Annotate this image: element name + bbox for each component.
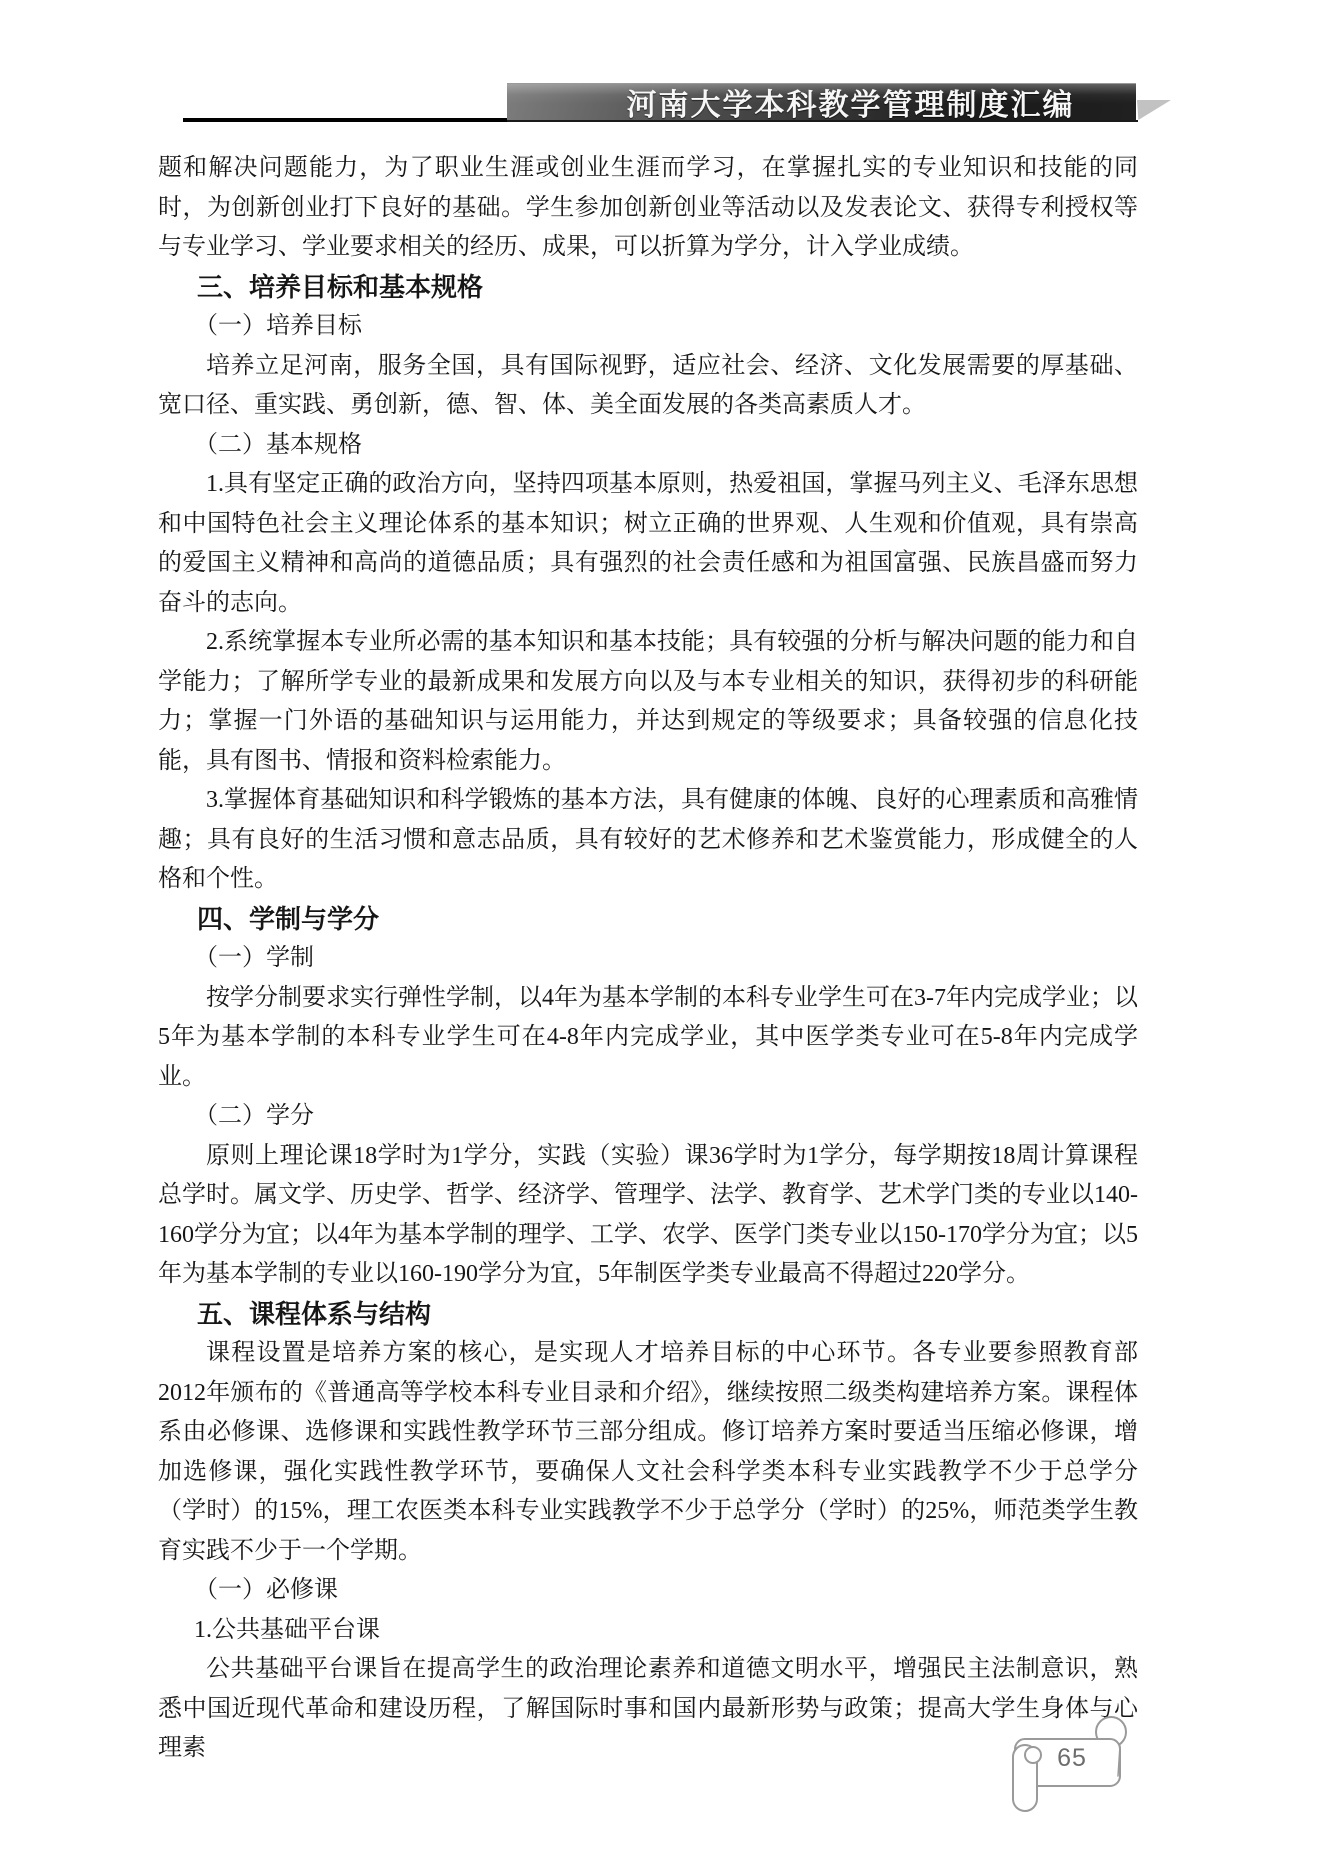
paragraph: 原则上理论课18学时为1学分，实践（实验）课36学时为1学分，每学期按18周计算… (158, 1137, 1138, 1295)
document-page: { "header": { "banner_title": "河南大学本科教学管… (0, 0, 1323, 1871)
page-number: 65 (1040, 1744, 1104, 1773)
paragraph: 2.系统掌握本专业所必需的基本知识和基本技能；具有较强的分析与解决问题的能力和自… (158, 623, 1138, 781)
banner-corner-swoosh (1137, 100, 1171, 120)
section-heading-3: 三、培养目标和基本规格 (158, 268, 1138, 308)
subsection-heading-4-2: （二）学分 (158, 1097, 1138, 1137)
section-heading-4: 四、学制与学分 (158, 900, 1138, 940)
subsection-heading-3-2: （二）基本规格 (158, 426, 1138, 466)
section-heading-5: 五、课程体系与结构 (158, 1295, 1138, 1335)
paragraph-continuation: 题和解决问题能力，为了职业生涯或创业生涯而学习，在掌握扎实的专业知识和技能的同时… (158, 149, 1138, 268)
page-body-text: 题和解决问题能力，为了职业生涯或创业生涯而学习，在掌握扎实的专业知识和技能的同时… (158, 149, 1138, 1769)
header-banner: 河南大学本科教学管理制度汇编 (507, 83, 1136, 120)
paragraph: 按学分制要求实行弹性学制，以4年为基本学制的本科专业学生可在3-7年内完成学业；… (158, 979, 1138, 1098)
document-title: 河南大学本科教学管理制度汇编 (627, 80, 1075, 124)
paragraph: 课程设置是培养方案的核心，是实现人才培养目标的中心环节。各专业要参照教育部201… (158, 1334, 1138, 1571)
subsection-heading-4-1: （一）学制 (158, 939, 1138, 979)
header-rule-left (183, 118, 507, 122)
item-heading-public-platform: 1.公共基础平台课 (158, 1611, 1138, 1651)
paragraph: 3.掌握体育基础知识和科学锻炼的基本方法，具有健康的体魄、良好的心理素质和高雅情… (158, 781, 1138, 900)
subsection-heading-3-1: （一）培养目标 (158, 307, 1138, 347)
paragraph: 培养立足河南，服务全国，具有国际视野，适应社会、经济、文化发展需要的厚基础、宽口… (158, 347, 1138, 426)
paragraph: 公共基础平台课旨在提高学生的政治理论素养和道德文明水平，增强民主法制意识，熟悉中… (158, 1650, 1138, 1769)
subsection-heading-5-1: （一）必修课 (158, 1571, 1138, 1611)
paragraph: 1.具有坚定正确的政治方向，坚持四项基本原则，热爱祖国，掌握马列主义、毛泽东思想… (158, 465, 1138, 623)
